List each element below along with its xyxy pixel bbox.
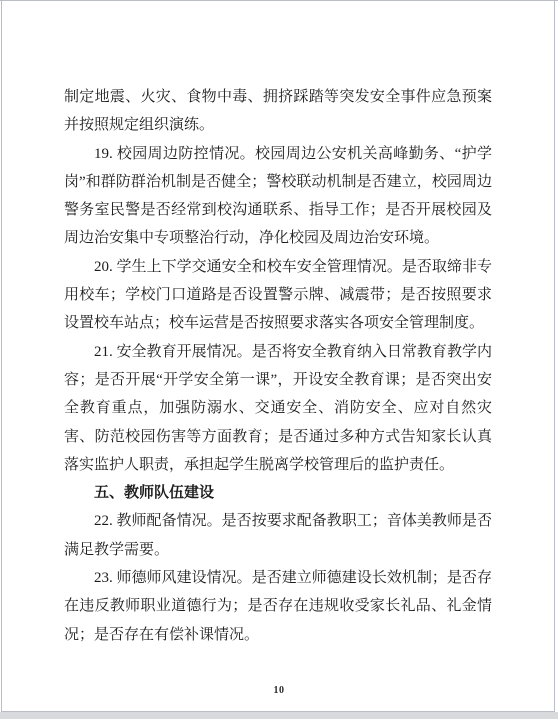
text-paragraph: 20. 学生上下学交通安全和校车安全管理情况。是否取缔非专用校车；学校门口道路是… bbox=[64, 253, 492, 338]
text-paragraph: 21. 安全教育开展情况。是否将安全教育纳入日常教育教学内容；是否开展“开学安全… bbox=[64, 338, 492, 479]
page-body: 制定地震、火灾、食物中毒、拥挤踩踏等突发安全事件应急预案并按照规定组织演练。19… bbox=[64, 83, 492, 649]
section-heading: 五、教师队伍建设 bbox=[64, 479, 492, 507]
text-paragraph: 23. 师德师风建设情况。是否建立师德建设长效机制；是否存在违反教师职业道德行为… bbox=[64, 564, 492, 649]
text-paragraph: 19. 校园周边防控情况。校园周边公安机关高峰勤务、“护学岗”和群防群治机制是否… bbox=[64, 140, 492, 253]
document-page: 制定地震、火灾、食物中毒、拥挤踩踏等突发安全事件应急预案并按照规定组织演练。19… bbox=[1, 0, 555, 712]
text-paragraph: 制定地震、火灾、食物中毒、拥挤踩踏等突发安全事件应急预案并按照规定组织演练。 bbox=[64, 83, 492, 140]
viewer-background-strip bbox=[0, 712, 558, 719]
page-number: 10 bbox=[2, 685, 556, 696]
document-viewer: 制定地震、火灾、食物中毒、拥挤踩踏等突发安全事件应急预案并按照规定组织演练。19… bbox=[0, 0, 558, 719]
text-paragraph: 22. 教师配备情况。是否按要求配备教职工；音体美教师是否满足教学需要。 bbox=[64, 507, 492, 564]
